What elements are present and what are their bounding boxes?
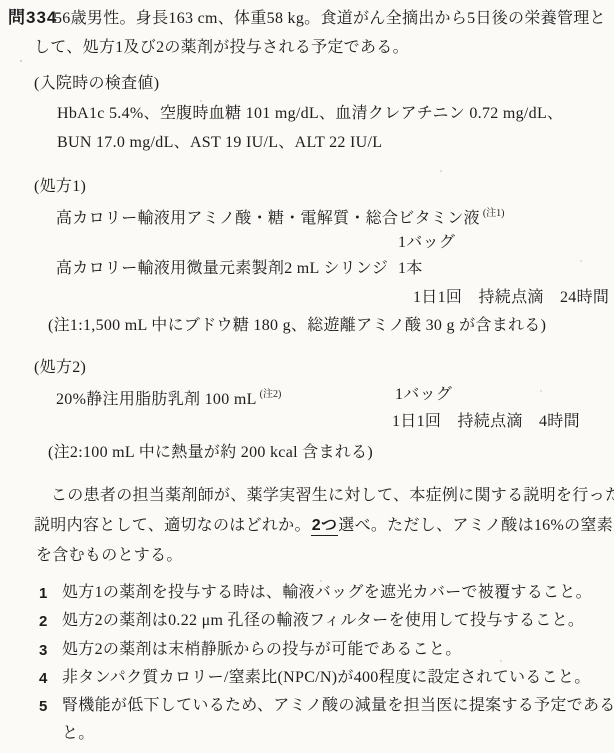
prompt-line-2-after: 選べ。ただし、アミノ酸は16%の窒素 — [338, 517, 613, 534]
patient-intro-line-2: して、処方1及び2の薬剤が投与される予定である。 — [34, 38, 409, 58]
prompt-line-2: 説明内容として、適切なのはどれか。2つ選べ。ただし、アミノ酸は16%の窒素 — [34, 516, 613, 536]
rx1-drug2-name: 高カロリー輸液用微量元素製剤2 mL シリンジ — [56, 259, 388, 279]
choice-5-text-continued: と。 — [62, 724, 95, 744]
choice-5-number: 5 — [39, 697, 48, 717]
choice-2-text: 処方2の薬剤は0.22 μm 孔径の輸液フィルターを使用して投与すること。 — [62, 611, 584, 631]
rx1-drug1-line: 高カロリー輸液用アミノ酸・糖・電解質・総合ビタミン液(注1) — [56, 204, 504, 229]
rx1-drug1-name: 高カロリー輸液用アミノ酸・糖・電解質・総合ビタミン液 — [56, 210, 480, 227]
question-number: 問334 — [8, 8, 57, 28]
lab-values-line-2: BUN 17.0 mg/dL、AST 19 IU/L、ALT 22 IU/L — [57, 133, 382, 153]
choice-5-text: 腎機能が低下しているため、アミノ酸の減量を担当医に提案する予定であるこ — [62, 696, 614, 716]
choice-4-number: 4 — [39, 669, 48, 689]
choice-1-text: 処方1の薬剤を投与する時は、輸液バッグを遮光カバーで被覆すること。 — [62, 583, 592, 603]
rx1-drug1-note-ref: (注1) — [483, 208, 505, 219]
choice-3-number: 3 — [39, 641, 48, 661]
scan-noise — [20, 60, 22, 62]
lab-section-title: (入院時の検査値) — [34, 74, 159, 94]
prompt-line-2-before: 説明内容として、適切なのはどれか。 — [34, 517, 311, 534]
rx1-drug2-quantity: 1本 — [398, 259, 423, 279]
prompt-line-1: この患者の担当薬剤師が、薬学実習生に対して、本症例に関する説明を行った。 — [51, 486, 614, 506]
rx1-schedule: 1日1回 持続点滴 24時間 — [413, 288, 609, 308]
rx1-footnote: (注1:1,500 mL 中にブドウ糖 180 g、総遊離アミノ酸 30 g が… — [48, 316, 546, 336]
patient-intro-line-1: 56歳男性。身長163 cm、体重58 kg。食道がん全摘出から5日後の栄養管理… — [54, 9, 606, 29]
rx2-schedule: 1日1回 持続点滴 4時間 — [392, 412, 580, 432]
choice-3-text: 処方2の薬剤は末梢静脈からの投与が可能であること。 — [62, 640, 462, 660]
rx2-footnote: (注2:100 mL 中に熱量が約 200 kcal 含まれる) — [48, 443, 373, 463]
rx1-drug1-quantity: 1バッグ — [398, 233, 455, 253]
prompt-line-3: を含むものとする。 — [36, 546, 183, 566]
choice-2-number: 2 — [39, 612, 48, 632]
choice-1-number: 1 — [39, 584, 48, 604]
choice-4-text: 非タンパク質カロリー/窒素比(NPC/N)が400程度に設定されていること。 — [62, 668, 591, 688]
prompt-select-count: 2つ — [311, 517, 339, 536]
lab-values-line-1: HbA1c 5.4%、空腹時血糖 101 mg/dL、血清クレアチニン 0.72… — [57, 104, 563, 124]
rx2-drug-quantity: 1バッグ — [395, 385, 452, 405]
rx2-section-title: (処方2) — [34, 358, 86, 378]
exam-question-page: 問334 56歳男性。身長163 cm、体重58 kg。食道がん全摘出から5日後… — [0, 0, 614, 753]
rx2-drug-note-ref: (注2) — [260, 389, 282, 400]
rx2-drug-line: 20%静注用脂肪乳剤 100 mL(注2) — [56, 385, 281, 410]
rx1-section-title: (処方1) — [34, 177, 86, 197]
rx2-drug-name: 20%静注用脂肪乳剤 100 mL — [56, 391, 257, 408]
